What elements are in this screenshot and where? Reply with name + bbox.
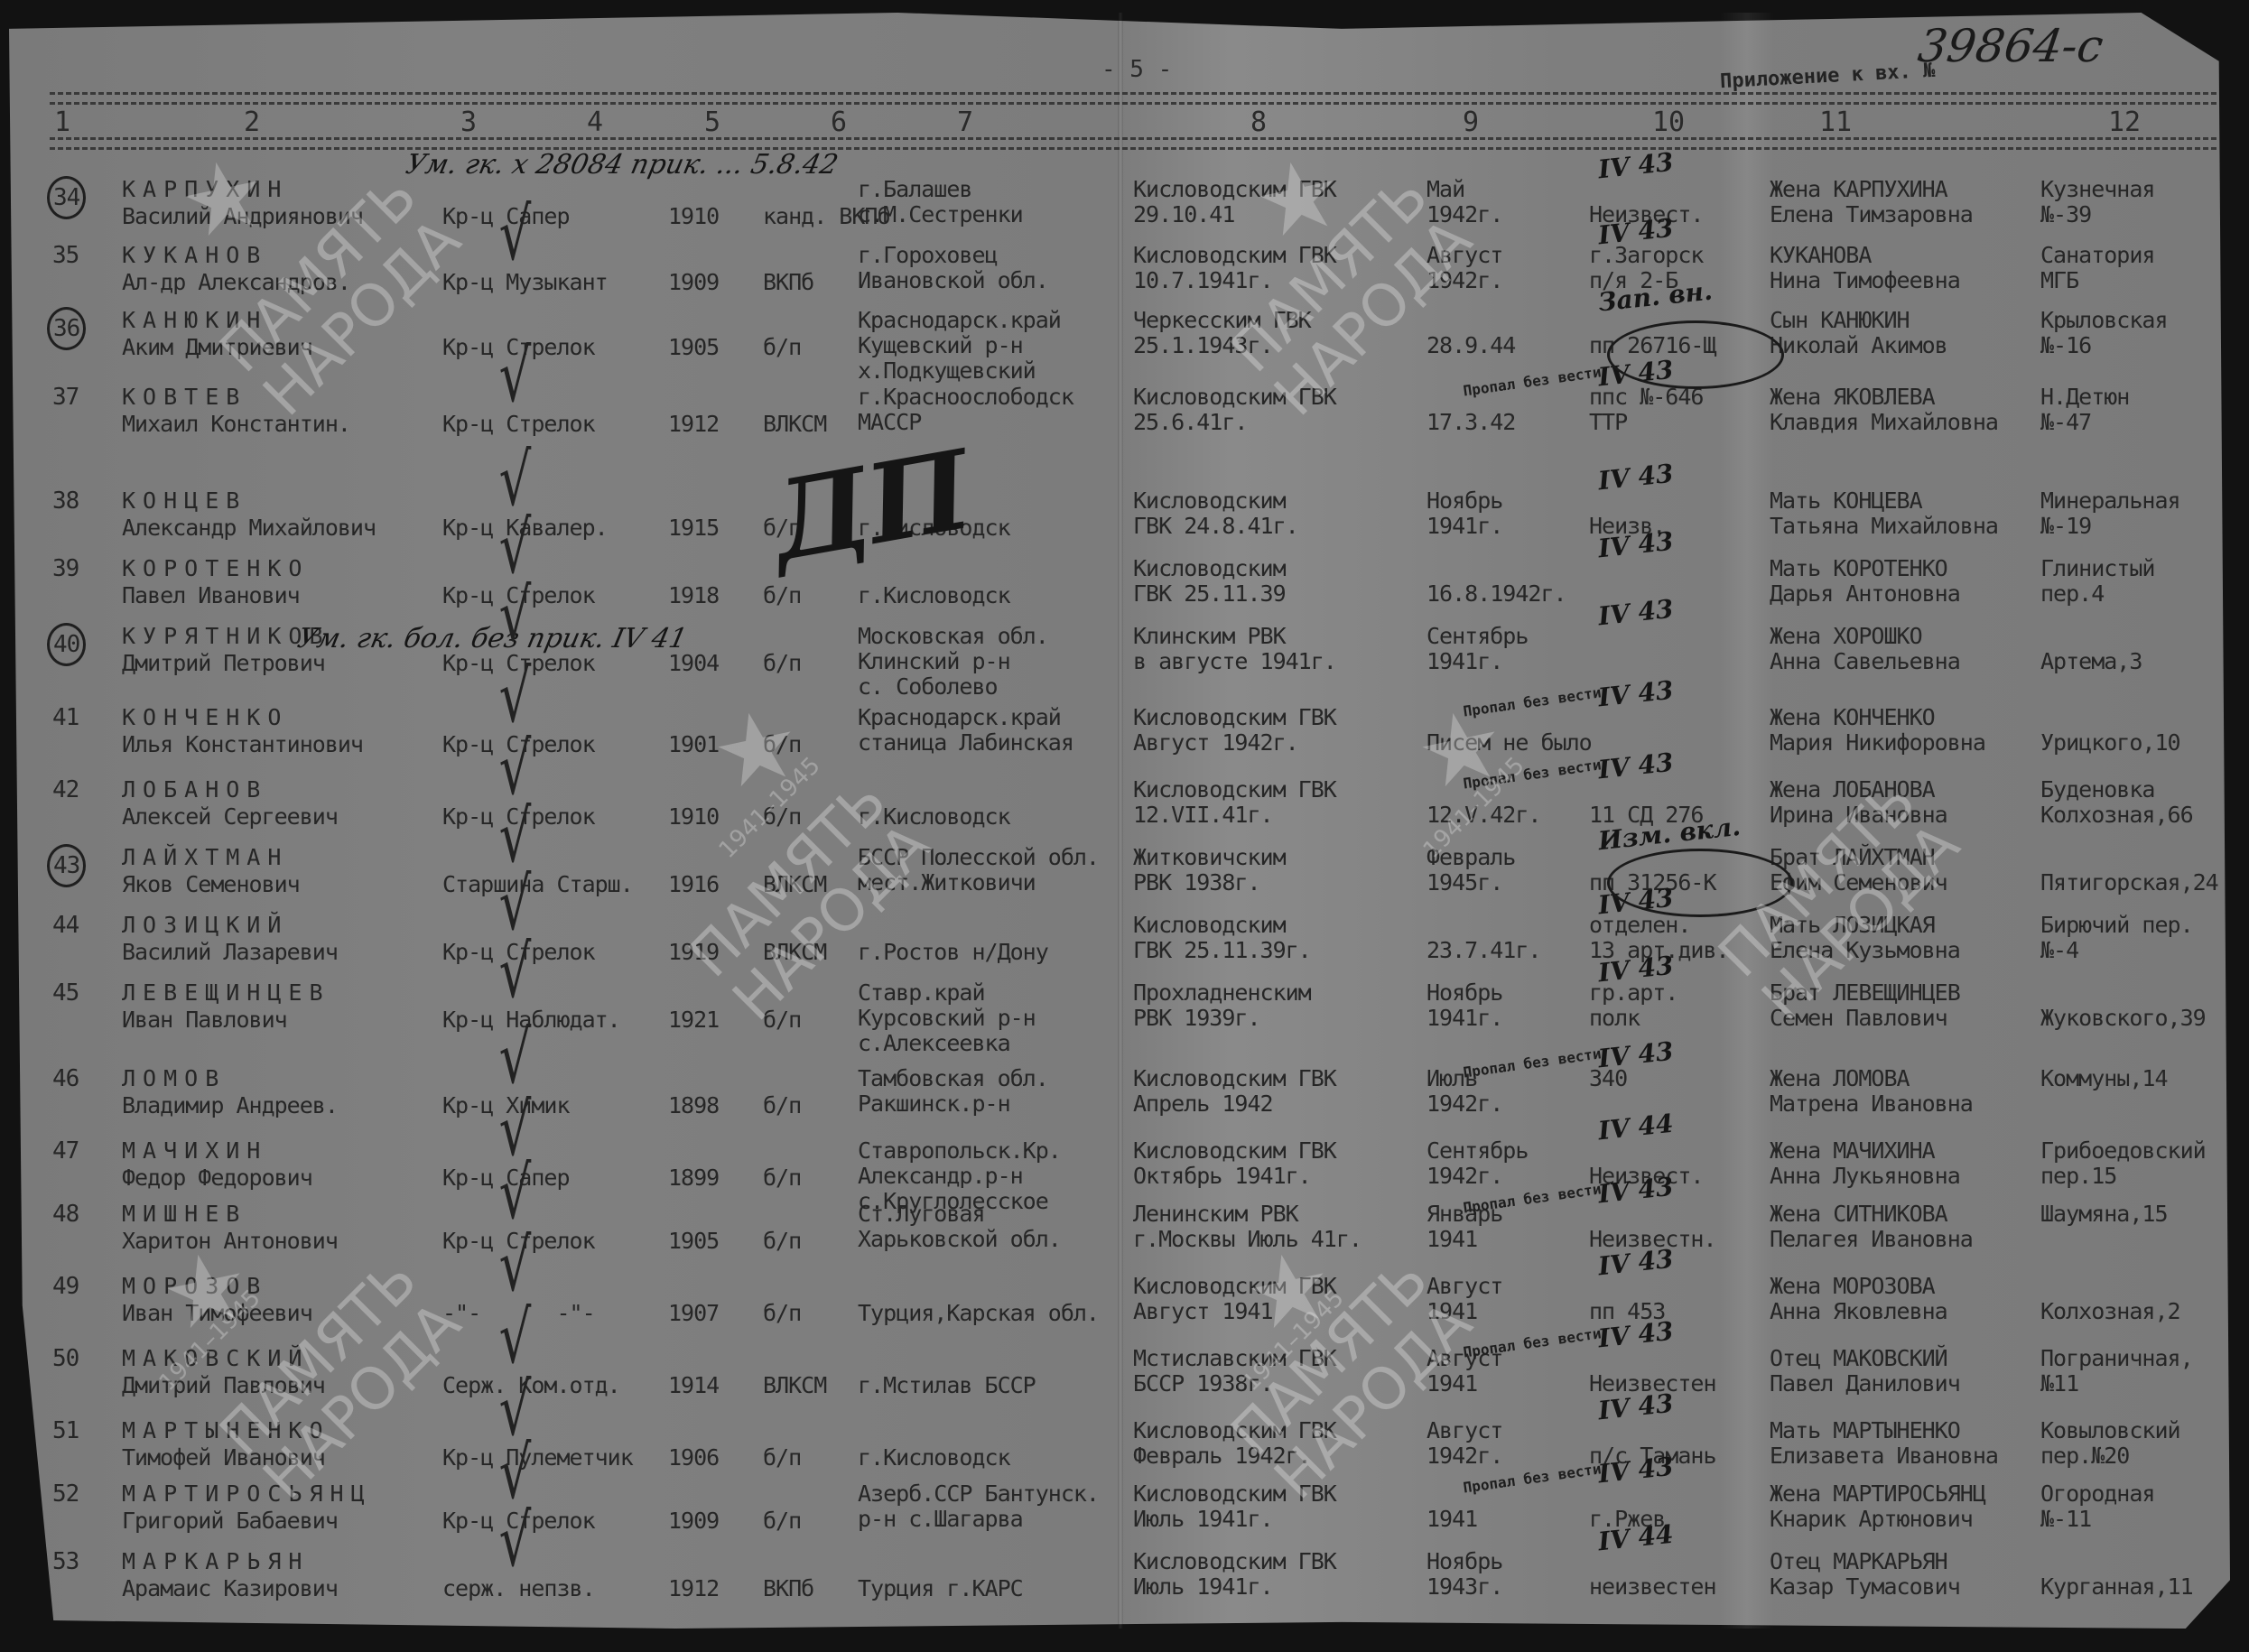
check-mark-icon: √ [499, 334, 532, 418]
loss-date: 1942г. [1427, 1163, 1502, 1190]
draft-office: РВК 1939г. [1133, 1005, 1260, 1032]
given-name: Иван Павлович [122, 1007, 287, 1034]
address: №-47 [2040, 409, 2091, 436]
surname: ЛОБАНОВ [122, 776, 267, 803]
loss-date: 1941 [1427, 1506, 1477, 1533]
loss-date: 16.8.1942г. [1427, 580, 1566, 608]
birthplace: г.Кисловодск [858, 1444, 1010, 1471]
column-number: 9 [1463, 107, 1479, 138]
handwritten-note: Ум. гк. бол. без прик. IV 41 [294, 623, 690, 654]
birth-year: 1915 [668, 515, 719, 542]
birth-year: 1909 [668, 1508, 719, 1535]
draft-office: Июль 1941г. [1133, 1506, 1273, 1533]
birth-year: 1912 [668, 411, 719, 438]
birth-year: 1905 [668, 1228, 719, 1255]
birthplace: г.Кисловодск [858, 582, 1010, 609]
surname: ЛАЙХТМАН [122, 844, 288, 871]
row-number: 48 [52, 1201, 79, 1228]
relative: Татьяна Михайловна [1770, 513, 1998, 540]
given-name: Алексей Сергеевич [122, 803, 338, 831]
given-name: Павел Иванович [122, 582, 300, 609]
draft-office: в августе 1941г. [1133, 648, 1336, 675]
given-name: Михаил Константин. [122, 411, 350, 438]
relative: Елизавета Ивановна [1770, 1443, 1998, 1470]
surname: МАРТИРОСЬЯНЦ [122, 1480, 372, 1508]
given-name: Федор Федорович [122, 1165, 312, 1192]
address: Минеральная [2040, 487, 2180, 515]
birth-year: 1910 [668, 203, 719, 230]
loss-date: 1941г. [1427, 513, 1502, 540]
fate: неизвестен [1589, 1573, 1716, 1601]
birthplace: х.Подкущевский [858, 357, 1036, 385]
relative: Анна Савельевна [1770, 648, 1960, 675]
surname: ЛЕВЕЩИНЦЕВ [122, 979, 330, 1007]
surname: КОНЧЕНКО [122, 704, 288, 731]
draft-office: Кисловодским ГВК [1133, 776, 1336, 803]
birthplace: Турция г.КАРС [858, 1575, 1023, 1602]
birthplace: Азерб.ССР Бантунск. [858, 1480, 1099, 1508]
address: Урицкого,10 [2040, 729, 2180, 756]
relative: Жена МОРОЗОВА [1770, 1273, 1935, 1300]
given-name: Яков Семенович [122, 871, 300, 898]
address: Артема,3 [2040, 648, 2142, 675]
surname: МАРКАРЬЯН [122, 1548, 309, 1575]
header-rule-top [50, 92, 2216, 105]
party: б/п [763, 582, 801, 609]
birthplace: Тамбовская обл. [858, 1065, 1048, 1092]
rank: Кр-ц Пулеметчик [442, 1444, 633, 1471]
birth-year: 1921 [668, 1007, 719, 1034]
row-number: 45 [52, 979, 79, 1007]
address: МГБ [2040, 267, 2078, 294]
relative: Клавдия Михайловна [1770, 409, 1998, 436]
party: ВЛКСМ [763, 1372, 826, 1399]
column-number: 10 [1652, 107, 1685, 138]
loss-date: Сентябрь [1427, 623, 1528, 650]
loss-date: 1941г. [1427, 1005, 1502, 1032]
party: б/п [763, 1228, 801, 1255]
draft-office: Кисловодским ГВК [1133, 1065, 1336, 1092]
row-number: 51 [52, 1417, 79, 1444]
birthplace: г.Гороховец [858, 242, 998, 269]
birth-year: 1907 [668, 1300, 719, 1327]
rank: Старшина Старш. [442, 871, 633, 898]
birthplace: с.Алексеевка [858, 1030, 1010, 1057]
draft-office: Август 1942г. [1133, 729, 1298, 756]
draft-office: Прохладненским [1133, 979, 1311, 1007]
party: б/п [763, 1092, 801, 1119]
relative: Нина Тимофеевна [1770, 267, 1960, 294]
address: №-4 [2040, 937, 2078, 964]
draft-office: 12.VII.41г. [1133, 802, 1273, 829]
relative: Пелагея Ивановна [1770, 1226, 1973, 1253]
loss-date: Ноябрь [1427, 1548, 1502, 1575]
address: пер.4 [2040, 580, 2104, 608]
row-number: 44 [52, 912, 79, 939]
birth-year: 1905 [668, 334, 719, 361]
column-number: 12 [2108, 107, 2141, 138]
center-fold [1118, 13, 1123, 1629]
column-number: 4 [587, 107, 603, 138]
row-number: 37 [52, 384, 79, 411]
relative: Сын КАНЮКИН [1770, 307, 1910, 334]
birthplace: станица Лабинская [858, 729, 1073, 756]
row-number: 50 [52, 1345, 79, 1372]
row-number: 46 [52, 1065, 79, 1092]
address: Кузнечная [2040, 176, 2154, 203]
birthplace: Краснодарск.край [858, 704, 1061, 731]
row-number: 52 [52, 1480, 79, 1508]
relative: Елена Тимзаровна [1770, 201, 1973, 228]
relative: Жена КОНЧЕНКО [1770, 704, 1935, 731]
draft-office: Житковичским [1133, 844, 1286, 871]
birthplace: р-н с.Шагарва [858, 1506, 1023, 1533]
address: №-39 [2040, 201, 2091, 228]
row-number: 35 [52, 242, 79, 269]
row-number: 36 [47, 307, 86, 350]
surname: ЛОМОВ [122, 1065, 226, 1092]
address: Огородная [2040, 1480, 2154, 1508]
row-number: 34 [47, 176, 86, 219]
row-number: 49 [52, 1273, 79, 1300]
birthplace: Турция,Карская обл. [858, 1300, 1099, 1327]
row-number: 38 [52, 487, 79, 515]
relative: Жена ХОРОШКО [1770, 623, 1922, 650]
birthplace: Краснодарск.край [858, 307, 1061, 334]
address: №-19 [2040, 513, 2091, 540]
relative: Мария Никифоровна [1770, 729, 1985, 756]
loss-date: 17.3.42 [1427, 409, 1515, 436]
row-number: 42 [52, 776, 79, 803]
relative: Матрена Ивановна [1770, 1091, 1973, 1118]
relative: Отец МАКОВСКИЙ [1770, 1345, 1947, 1372]
rank: Кр-ц Наблюдат. [442, 1007, 620, 1034]
loss-date: Сентябрь [1427, 1137, 1528, 1165]
address: №-16 [2040, 332, 2091, 359]
given-name: Василий Лазаревич [122, 939, 338, 966]
draft-office: ГВК 25.11.39 [1133, 580, 1286, 608]
relative: Мать КОНЦЕВА [1770, 487, 1922, 515]
birthplace: Клинский р-н [858, 648, 1010, 675]
birthplace: Харьковской обл. [858, 1226, 1061, 1253]
loss-date: 1943г. [1427, 1573, 1502, 1601]
row-number: 40 [47, 623, 86, 666]
address: Грибоедовский [2040, 1137, 2206, 1165]
loss-date: Май [1427, 176, 1464, 203]
draft-office: Кисловодским ГВК [1133, 1137, 1336, 1165]
birthplace: Ставропольск.Кр. [858, 1137, 1061, 1165]
ink-circle [1607, 320, 1784, 389]
relative: Павел Данилович [1770, 1370, 1960, 1397]
page-marker: - 5 - [1101, 56, 1172, 83]
birthplace: Московская обл. [858, 623, 1048, 650]
address: Санатория [2040, 242, 2154, 269]
relative: Жена СИТНИКОВА [1770, 1201, 1947, 1228]
birthplace: Александр.р-н [858, 1163, 1023, 1190]
birthplace: Курсовский р-н [858, 1005, 1036, 1032]
loss-date: 28.9.44 [1427, 332, 1515, 359]
draft-office: Кисловодским ГВК [1133, 1548, 1336, 1575]
check-mark-icon: √ [499, 1499, 532, 1582]
row-number: 47 [52, 1137, 79, 1165]
loss-date: Ноябрь [1427, 979, 1502, 1007]
party: б/п [763, 1444, 801, 1471]
birth-year: 1906 [668, 1444, 719, 1471]
relative: Анна Лукьяновна [1770, 1163, 1960, 1190]
birthplace: Ст.Луговая [858, 1201, 985, 1228]
column-number: 11 [1819, 107, 1852, 138]
surname: МАЧИХИН [122, 1137, 267, 1165]
address: Курганная,11 [2040, 1573, 2193, 1601]
loss-date: 1941 [1427, 1226, 1477, 1253]
draft-office: Кисловодским [1133, 912, 1286, 939]
relative: Жена МАЧИХИНА [1770, 1137, 1935, 1165]
birthplace: г.Красноослободск [858, 384, 1073, 411]
header-rule-bottom [50, 137, 2216, 150]
address: Колхозная,66 [2040, 802, 2193, 829]
surname: КОНЦЕВ [122, 487, 246, 515]
address: Коммуны,14 [2040, 1065, 2168, 1092]
surname: ЛОЗИЦКИЙ [122, 912, 288, 939]
fate: полк [1589, 1005, 1640, 1032]
birthplace: с. Соболево [858, 673, 998, 701]
address: пер.№20 [2040, 1443, 2129, 1470]
relative: Дарья Антоновна [1770, 580, 1960, 608]
column-number: 6 [831, 107, 847, 138]
address: пер.15 [2040, 1163, 2116, 1190]
rank: Серж. Ком.отд. [442, 1372, 620, 1399]
birthplace: с.М.Сестренки [858, 201, 1023, 228]
given-name: Владимир Андреев. [122, 1092, 338, 1119]
birthplace: г.Ростов н/Дону [858, 939, 1048, 966]
birthplace: Ивановской обл. [858, 267, 1048, 294]
check-mark-icon: √ [499, 192, 532, 276]
column-number: 1 [54, 107, 70, 138]
relative: Николай Акимов [1770, 332, 1947, 359]
row-number: 53 [52, 1548, 79, 1575]
check-mark-icon: √ [499, 573, 532, 657]
relative: КУКАНОВА [1770, 242, 1871, 269]
relative: Жена ЯКОВЛЕВА [1770, 384, 1935, 411]
address: Крыловская [2040, 307, 2168, 334]
birth-year: 1898 [668, 1092, 719, 1119]
relative: Анна Яковлевна [1770, 1298, 1947, 1325]
address: №11 [2040, 1370, 2078, 1397]
address: Пятигорская,24 [2040, 869, 2218, 896]
draft-office: Октябрь 1941г. [1133, 1163, 1311, 1190]
party: б/п [763, 1300, 801, 1327]
birth-year: 1909 [668, 269, 719, 296]
address: Ковыловский [2040, 1417, 2180, 1444]
draft-office: 10.7.1941г. [1133, 267, 1273, 294]
given-name: Илья Константинович [122, 731, 363, 758]
draft-office: ГВК 24.8.41г. [1133, 513, 1298, 540]
birth-year: 1910 [668, 803, 719, 831]
address: Бирючий пер. [2040, 912, 2193, 939]
fate: ТТР [1589, 409, 1627, 436]
birthplace: Кущевский р-н [858, 332, 1023, 359]
relative: Мать КОРОТЕНКО [1770, 555, 1947, 582]
party: б/п [763, 1508, 801, 1535]
party: б/п [763, 1165, 801, 1192]
loss-date: 1945г. [1427, 869, 1502, 896]
relative: Жена МАРТИРОСЬЯНЦ [1770, 1480, 1985, 1508]
draft-office: 25.6.41г. [1133, 409, 1247, 436]
birthplace: Ракшинск.р-н [858, 1091, 1010, 1118]
row-number: 39 [52, 555, 79, 582]
loss-date: Ноябрь [1427, 487, 1502, 515]
draft-office: Апрель 1942 [1133, 1091, 1273, 1118]
birth-year: 1918 [668, 582, 719, 609]
birthplace: г.Мстилав БССР [858, 1372, 1036, 1399]
draft-office: Кисловодским [1133, 487, 1286, 515]
birthplace: Ставр.край [858, 979, 985, 1007]
draft-office: 29.10.41 [1133, 201, 1234, 228]
relative: Жена КАРПУХИНА [1770, 176, 1947, 203]
relative: Жена ЛОМОВА [1770, 1065, 1910, 1092]
surname: КОРОТЕНКО [122, 555, 309, 582]
row-number: 41 [52, 704, 79, 731]
address: Пограничная, [2040, 1345, 2193, 1372]
draft-office: Кисловодским [1133, 555, 1286, 582]
birth-year: 1916 [668, 871, 719, 898]
column-number: 5 [704, 107, 720, 138]
relative: Отец МАРКАРЬЯН [1770, 1548, 1947, 1575]
birthplace: МАССР [858, 409, 921, 436]
party: ВЛКСМ [763, 411, 826, 438]
address: Буденовка [2040, 776, 2154, 803]
handwritten-note: Ум. гк. х 28084 прик. ... 5.8.42 [403, 149, 841, 181]
loss-date: 1942г. [1427, 1091, 1502, 1118]
draft-office: РВК 1938г. [1133, 869, 1260, 896]
party: б/п [763, 334, 801, 361]
draft-office: Кисловодским ГВК [1133, 704, 1336, 731]
address: Н.Детюн [2040, 384, 2129, 411]
address: Шаумяна,15 [2040, 1201, 2168, 1228]
column-number: 3 [460, 107, 477, 138]
archive-number: 39864-с [1915, 20, 2106, 72]
draft-office: Июль 1941г. [1133, 1573, 1273, 1601]
loss-date: 23.7.41г. [1427, 937, 1540, 964]
column-number: 7 [957, 107, 973, 138]
address: Жуковского,39 [2040, 1005, 2206, 1032]
draft-office: ГВК 25.11.39г. [1133, 937, 1311, 964]
relative: Казар Тумасович [1770, 1573, 1960, 1601]
birth-year: 1899 [668, 1165, 719, 1192]
check-mark-icon: √ [499, 930, 532, 1014]
given-name: Григорий Бабаевич [122, 1508, 338, 1535]
surname: КОВТЕВ [122, 384, 246, 411]
party: ВКПб [763, 269, 813, 296]
draft-office: Клинским РВК [1133, 623, 1286, 650]
relative: Кнарик Артюнович [1770, 1506, 1973, 1533]
birth-year: 1912 [668, 1575, 719, 1602]
loss-date: Август [1427, 1417, 1502, 1444]
given-name: Арамаис Казирович [122, 1575, 338, 1602]
address: Глинистый [2040, 555, 2154, 582]
given-name: Александр Михайлович [122, 515, 376, 542]
row-number: 43 [47, 844, 86, 887]
birthplace: г.Балашев [858, 176, 971, 203]
birth-year: 1914 [668, 1372, 719, 1399]
address: Колхозная,2 [2040, 1298, 2180, 1325]
relative: Мать МАРТЫНЕНКО [1770, 1417, 1960, 1444]
loss-date: 1942г. [1427, 1443, 1502, 1470]
party: ВКПб [763, 1575, 813, 1602]
address: №-11 [2040, 1506, 2091, 1533]
